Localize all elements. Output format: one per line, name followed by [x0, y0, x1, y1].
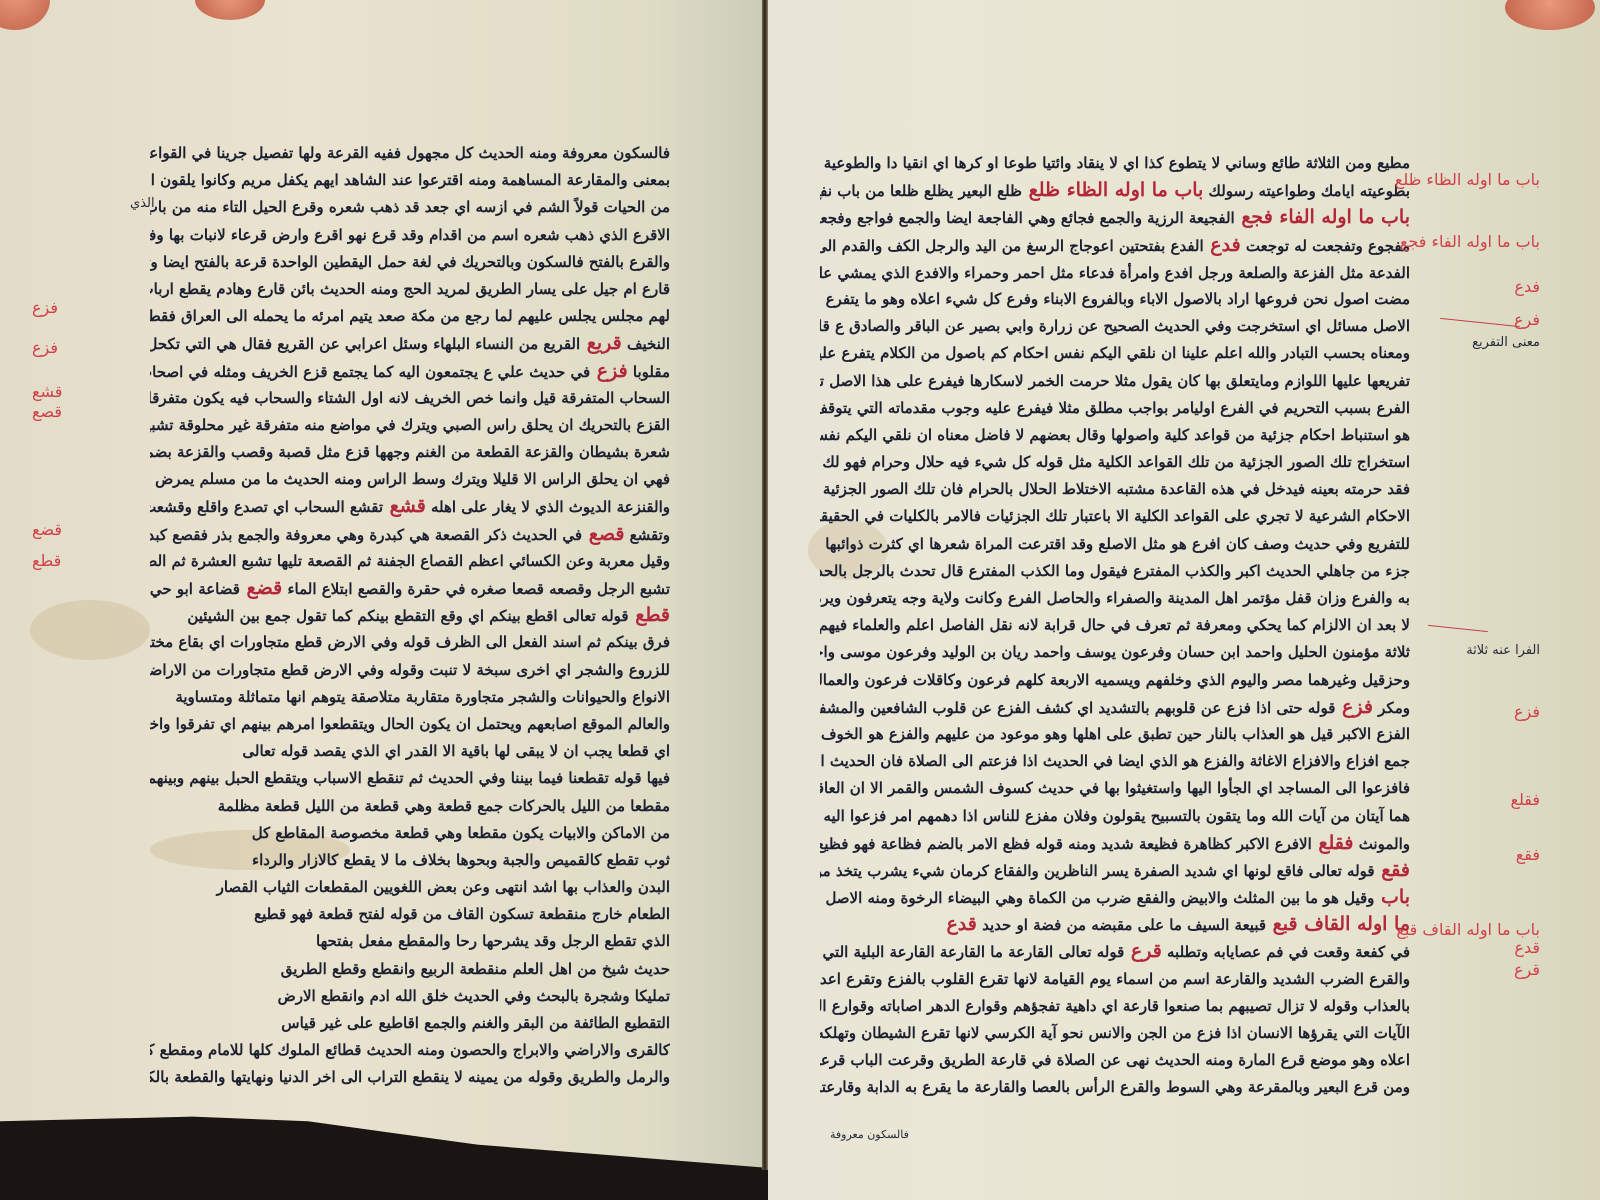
marginal-rubric: قرع	[1514, 960, 1540, 979]
line-text: للزروع والشجر اي اخرى سبخة لا تنبت وقوله…	[150, 661, 670, 679]
line-text: الفرع بسبب التحريم في الفرع اوليامر بواج…	[820, 399, 1410, 417]
manuscript-line: والقرع بالفتح فالسكون وبالتحريك في لغة ح…	[150, 249, 670, 276]
manuscript-line: مقطعا من الليل بالحركات جمع قطعة وهي قطع…	[150, 793, 670, 820]
manuscript-line: باب وقيل هو ما بين المثلث والابيض والفقع…	[820, 884, 1410, 911]
manuscript-line: وقيل معربة وعن الكسائي اعظم القصاع الجفن…	[150, 548, 670, 575]
line-text: ثلاثة مؤمنون الحليل واحمد ابن حسان وفرعو…	[820, 643, 1410, 661]
line-text: وقيل هو ما بين المثلث والابيض والفقع ضرب…	[820, 889, 1374, 907]
line-text: والقنزعة الديوث الذي لا يغار على اهله	[426, 498, 670, 516]
paper-stain	[30, 600, 150, 660]
line-text: في حديث علي ع يجتمعون اليه كما يجتمع قزع…	[150, 363, 590, 381]
manuscript-line: بمعنى والمقارعة المساهمة ومنه اقترعوا عن…	[150, 167, 670, 194]
line-text: حديث شيخ من اهل العلم منقطعة الربيع وانق…	[281, 960, 670, 978]
line-text: القزع بالتحريك ان يحلق راس الصبي ويترك ف…	[150, 416, 670, 434]
line-text: والقرع الضرب الشديد والقارعة اسم من اسما…	[820, 970, 1410, 988]
line-text: فافزعوا الى المساجد اي الجأوا اليها واست…	[820, 779, 1410, 797]
line-text: تمليكا وشجرة بالبحث وفي الحديث خلق الله …	[278, 987, 670, 1005]
manuscript-line: للتفريع وفي حديث وصف كان افرع هو مثل الا…	[820, 531, 1410, 558]
line-text: الفدع بفتحتين اعوجاج الرسغ من اليد والرج…	[820, 237, 1204, 255]
line-text: تقشع السحاب اي تصدع واقلع وقشعت الريح	[150, 498, 383, 516]
manuscript-line: ومعناه بحسب التبادر والله اعلم علينا ان …	[820, 340, 1410, 367]
manuscript-line: في كفعة وقعت في فم عصايابه وتطلبه قرع قو…	[820, 938, 1410, 965]
line-text: جمع افزاع والافزاع الاغاثة والفزع هو الذ…	[820, 752, 1410, 770]
line-text: مقطعا من الليل بالحركات جمع قطعة وهي قطع…	[218, 797, 670, 815]
manuscript-line: الفزع الاكبر قيل هو العذاب بالنار حين تط…	[820, 721, 1410, 748]
manuscript-line: وتقشع قصع في الحديث ذكر القصعة هي كبدرة …	[150, 521, 670, 548]
left-page-text-block: فالسكون معروفة ومنه الحديث كل مجهول ففيه…	[150, 140, 670, 1092]
line-text: الآيات التي يقرؤها الانسان اذا فزع من ال…	[820, 1024, 1410, 1042]
line-text: ومعناه بحسب التبادر والله اعلم علينا ان …	[820, 344, 1410, 362]
manuscript-line: والرمل والطريق وقوله من يمينه لا ينقطع ا…	[150, 1064, 670, 1091]
marginal-rubric: باب ما اوله القاف قبع	[1396, 920, 1540, 939]
line-text: قبيعة السيف ما على مقبضه من فضة او حديد	[977, 916, 1266, 934]
rubric-heading: قصع	[582, 523, 624, 545]
manuscript-line: جزء من جاهلي الحديث اكبر والكذب المفترع …	[820, 558, 1410, 585]
marginal-rubric: فقلع	[1510, 790, 1540, 809]
line-text: لهم مجلس يجلس عليهم لما رجع من مكة صعد ي…	[150, 307, 670, 325]
manuscript-line: مقلوبا فزع في حديث علي ع يجتمعون اليه كم…	[150, 358, 670, 385]
line-text: فرق بينكم ثم اسند الفعل الى الظرف قوله و…	[150, 633, 670, 651]
line-text: البدن والعذاب بها اشد انتهى وعن بعض اللغ…	[217, 878, 670, 896]
manuscript-line: فيها قوله تقطعنا فيما بيننا وفي الحديث ث…	[150, 765, 670, 792]
manuscript-line: لهم مجلس يجلس عليهم لما رجع من مكة صعد ي…	[150, 303, 670, 330]
manuscript-line: للزروع والشجر اي اخرى سبخة لا تنبت وقوله…	[150, 657, 670, 684]
line-text: النخيف	[622, 335, 670, 353]
manuscript-line: مطيع ومن الثلاثة طائع وساني لا يتطوع كذا…	[820, 150, 1410, 177]
manuscript-line: تمليكا وشجرة بالبحث وفي الحديث خلق الله …	[150, 983, 670, 1010]
line-text: وتقشع	[624, 526, 670, 544]
marginal-rubric: فقع	[1516, 845, 1540, 864]
line-text: في الحديث ذكر القصعة هي كبدرة وهي معروفة…	[150, 526, 582, 544]
right-page-text-block: مطيع ومن الثلاثة طائع وساني لا يتطوع كذا…	[820, 150, 1410, 1102]
rubric-heading: فقلع	[1312, 832, 1354, 854]
rubric-heading: قطع	[629, 604, 670, 626]
manuscript-line: الطعام خارج منقطعة تسكون القاف من قوله ل…	[150, 901, 670, 928]
rubric-heading: ما اوله القاف قبع	[1266, 913, 1410, 935]
manuscript-line: وحزقيل وغيرهما مصر واليوم الذي وخلفهم وي…	[820, 667, 1410, 694]
rubric-heading: قشع	[383, 495, 426, 517]
line-text: التقطيع الطائفة من البقر والغنم والجمع ا…	[281, 1014, 670, 1032]
manuscript-line: فرق بينكم ثم اسند الفعل الى الظرف قوله و…	[150, 629, 670, 656]
marginal-rubric: قدع	[1514, 938, 1540, 957]
manuscript-line: تشبع الرجل وقصعه قصعا صغره في حقرة والقص…	[150, 575, 670, 602]
manuscript-line: الاصل مسائل اي استخرجت وفي الحديث الصحيح…	[820, 313, 1410, 340]
line-text: من الحيات قولاً الشم في ازسه اي جعد قد ذ…	[150, 198, 670, 216]
line-text: فقد حرمته بعينه فيدخل في هذه القاعدة مشت…	[820, 480, 1410, 498]
manuscript-line: الفرع بسبب التحريم في الفرع اوليامر بواج…	[820, 395, 1410, 422]
rubric-heading: قرع	[1124, 940, 1162, 962]
manuscript-line: فهي ان يحلق الراس الا قليلا ويترك وسط ال…	[150, 466, 670, 493]
line-text: والقرع بالفتح فالسكون وبالتحريك في لغة ح…	[150, 253, 670, 271]
left-manuscript-page: فالسكون معروفة ومنه الحديث كل مجهول ففيه…	[0, 0, 770, 1168]
line-text: في كفعة وقعت في فم عصايابه وتطلبه	[1162, 943, 1410, 961]
line-text: الاقرع الذي ذهب شعره اسم من اقدام وقد قر…	[150, 226, 670, 244]
manuscript-line: قطع قوله تعالى اقطع بينكم اي وقع التقطع …	[150, 602, 670, 629]
line-text: الفدعة مثل الفزعة والصلعة ورجل افدع وامر…	[820, 264, 1410, 282]
line-text: اي قطعا يجب ان لا يبقى لها باقية الا الق…	[242, 742, 670, 760]
line-text: والعالم الموقع اصابعهم ويحتمل ان يكون ال…	[150, 715, 670, 733]
line-text: قارع ام جيل على يسار الطريق لمريد الحج و…	[150, 280, 670, 298]
manuscript-line: والقرع الضرب الشديد والقارعة اسم من اسما…	[820, 966, 1410, 993]
line-text: والمونث	[1353, 835, 1410, 853]
manuscript-line: والمونث فقلع الافرع الاكبر كظاهرة فظيعة …	[820, 830, 1410, 857]
manuscript-line: به والفرع وزان قفل مؤتمر اهل المدينة وال…	[820, 585, 1410, 612]
manuscript-line: هما آيتان من آيات الله وما يتقون بالتسبي…	[820, 803, 1410, 830]
manuscript-line: اعلاه وهو موضع قرع المارة ومنه الحديث نه…	[820, 1047, 1410, 1074]
line-text: قوله تعالى اقطع بينكم اي وقع التقطع بينك…	[187, 607, 628, 625]
manuscript-line: التقطيع الطائفة من البقر والغنم والجمع ا…	[150, 1010, 670, 1037]
line-text: قوله تعالى فاقع لونها اي شديد الصفرة يسر…	[820, 862, 1375, 880]
manuscript-line: ثوب تقطع كالقميص والجبة وبحوها بخلاف ما …	[150, 847, 670, 874]
manuscript-line: فقد حرمته بعينه فيدخل في هذه القاعدة مشت…	[820, 476, 1410, 503]
line-text: كالقرى والاراضي والابراج والحصون ومنه ال…	[150, 1041, 670, 1059]
marginal-rubric: باب ما اوله الفاء فجع	[1400, 232, 1540, 251]
line-text: من الاماكن والابيات يكون مقطعا وهي قطعة …	[252, 824, 670, 842]
rubric-heading: باب	[1374, 886, 1410, 908]
manuscript-line: قارع ام جيل على يسار الطريق لمريد الحج و…	[150, 276, 670, 303]
left-side-gloss: الذي	[130, 196, 155, 211]
line-text: لا بعد ان الالزام كما يحكي ومعرفة ثم تعر…	[820, 616, 1410, 634]
marginal-rubric: باب ما اوله الظاء ظلع	[1395, 170, 1540, 189]
manuscript-line: فالسكون معروفة ومنه الحديث كل مجهول ففيه…	[150, 140, 670, 167]
line-text: بالعذاب وقوله لا تزال تصيبهم بما صنعوا ق…	[820, 997, 1410, 1015]
line-text: الذي تقطع الرجل وقد يشرحها رحا والمقطع م…	[316, 932, 670, 950]
line-text: جزء من جاهلي الحديث اكبر والكذب المفترع …	[820, 562, 1410, 580]
line-text: القريع من النساء البلهاء وسئل اعرابي عن …	[150, 335, 580, 353]
manuscript-line: فقع قوله تعالى فاقع لونها اي شديد الصفرة…	[820, 857, 1410, 884]
line-text: بطوعيته ايامك وطواعيته رسولك	[1203, 182, 1410, 200]
margin-rule	[1428, 625, 1488, 632]
manuscript-line: بطوعيته ايامك وطواعيته رسولك باب ما اوله…	[820, 177, 1410, 204]
marginal-rubric: فدع	[1514, 277, 1540, 296]
line-text: تفريعها عليها اللوازم ومايتعلق بها كان ي…	[820, 372, 1410, 390]
line-text: مطيع ومن الثلاثة طائع وساني لا يتطوع كذا…	[820, 154, 1410, 172]
line-text: ومن قرع البعير وبالمقرعة وهي السوط والقر…	[820, 1078, 1410, 1096]
marginal-rubric: قشع	[32, 382, 62, 401]
line-text: وحزقيل وغيرهما مصر واليوم الذي وخلفهم وي…	[820, 671, 1410, 689]
manuscript-line: هو استنباط احكام جزئية من قواعد كلية واص…	[820, 422, 1410, 449]
manuscript-line: باب ما اوله الفاء فجع الفجيعة الرزية وال…	[820, 204, 1410, 231]
marginal-rubric: قضع	[32, 520, 62, 539]
line-text: الاحكام الشرعية لا تجري على القواعد الكل…	[820, 507, 1410, 525]
line-text: ومكر	[1373, 699, 1410, 717]
line-text: الفزع الاكبر قيل هو العذاب بالنار حين تط…	[820, 725, 1410, 743]
right-manuscript-page: مطيع ومن الثلاثة طائع وساني لا يتطوع كذا…	[768, 0, 1600, 1200]
rubric-heading: فدع	[1204, 234, 1241, 256]
line-text: تشبع الرجل وقصعه قصعا صغره في حقرة والقص…	[282, 580, 670, 598]
manuscript-line: ما اوله القاف قبع قبيعة السيف ما على مقب…	[820, 911, 1410, 938]
line-text: مقلوبا	[628, 363, 670, 381]
line-text: الاصل مسائل اي استخرجت وفي الحديث الصحيح…	[820, 317, 1410, 335]
marginal-rubric: قصع	[32, 402, 62, 421]
line-text: الافرع الاكبر كظاهرة فظيعة شديد ومنه قول…	[820, 835, 1312, 853]
catchword: فالسكون معروفة	[830, 1128, 909, 1141]
rubric-heading: قدع	[946, 913, 976, 935]
marginal-rubric: فزع	[32, 338, 58, 357]
marginal-rubric: معنى التفريع	[1472, 335, 1540, 350]
line-text: بمعنى والمقارعة المساهمة ومنه اقترعوا عن…	[150, 171, 670, 189]
manuscript-line: تفريعها عليها اللوازم ومايتعلق بها كان ي…	[820, 368, 1410, 395]
manuscript-line: الفدعة مثل الفزعة والصلعة ورجل افدع وامر…	[820, 259, 1410, 286]
manuscript-line: النخيف قريع القريع من النساء البلهاء وسئ…	[150, 330, 670, 357]
manuscript-line: ومكر فزع قوله حتى اذا فزع عن قلوبهم بالت…	[820, 694, 1410, 721]
line-text: الطعام خارج منقطعة تسكون القاف من قوله ل…	[254, 905, 670, 923]
line-text: اعلاه وهو موضع قرع المارة ومنه الحديث نه…	[820, 1051, 1410, 1069]
manuscript-line: والعالم الموقع اصابعهم ويحتمل ان يكون ال…	[150, 711, 670, 738]
line-text: السحاب المتفرقة قيل وانما خص الخريف لانه…	[150, 389, 670, 407]
manuscript-line: كالقرى والاراضي والابراج والحصون ومنه ال…	[150, 1037, 670, 1064]
manuscript-line: السحاب المتفرقة قيل وانما خص الخريف لانه…	[150, 385, 670, 412]
line-text: به والفرع وزان قفل مؤتمر اهل المدينة وال…	[820, 589, 1410, 607]
line-text: للتفريع وفي حديث وصف كان افرع هو مثل الا…	[825, 535, 1410, 553]
line-text: قضاعة ابو حي من اليمن	[150, 580, 240, 598]
line-text: فهي ان يحلق الراس الا قليلا ويترك وسط ال…	[150, 470, 670, 488]
manuscript-line: الاحكام الشرعية لا تجري على القواعد الكل…	[820, 503, 1410, 530]
manuscript-line: الانواع والحيوانات والشجر متجاورة متقارب…	[150, 684, 670, 711]
manuscript-line: الاقرع الذي ذهب شعره اسم من اقدام وقد قر…	[150, 222, 670, 249]
manuscript-line: مضت اصول نحن فروعها اراد بالاصول الاباء …	[820, 286, 1410, 313]
rubric-heading: فقع	[1375, 859, 1410, 881]
line-text: هما آيتان من آيات الله وما يتقون بالتسبي…	[820, 807, 1410, 825]
rubric-heading: باب ما اوله الظاء ظلع	[1022, 179, 1203, 201]
marginal-rubric: فزع	[32, 298, 58, 317]
manuscript-line: اي قطعا يجب ان لا يبقى لها باقية الا الق…	[150, 738, 670, 765]
line-text: ثوب تقطع كالقميص والجبة وبحوها بخلاف ما …	[252, 851, 670, 869]
marginal-rubric: قطع	[32, 551, 61, 570]
manuscript-line: من الاماكن والابيات يكون مقطعا وهي قطعة …	[150, 820, 670, 847]
line-text: مفجوع وتفجعت له توجعت	[1241, 237, 1410, 255]
line-text: فالسكون معروفة ومنه الحديث كل مجهول ففيه…	[150, 144, 670, 162]
manuscript-line: البدن والعذاب بها اشد انتهى وعن بعض اللغ…	[150, 874, 670, 901]
marginal-rubric: الفرا عنه ثلاثة	[1466, 643, 1540, 658]
manuscript-line: شعرة بشيطان والقزعة القطعة من الغنم وجهه…	[150, 439, 670, 466]
line-text: الفجيعة الرزية والجمع فجائع وهي الفاجعة …	[820, 209, 1235, 227]
line-text: فيها قوله تقطعنا فيما بيننا وفي الحديث ث…	[150, 769, 670, 787]
margin-rule	[1440, 318, 1520, 327]
manuscript-line: جمع افزاع والافزاع الاغاثة والفزع هو الذ…	[820, 748, 1410, 775]
manuscript-line: الآيات التي يقرؤها الانسان اذا فزع من ال…	[820, 1020, 1410, 1047]
line-text: شعرة بشيطان والقزعة القطعة من الغنم وجهه…	[150, 443, 670, 461]
manuscript-line: ومن قرع البعير وبالمقرعة وهي السوط والقر…	[820, 1074, 1410, 1101]
manuscript-line: من الحيات قولاً الشم في ازسه اي جعد قد ذ…	[150, 194, 670, 221]
manuscript-line: استخراج تلك الصور الجزئية من تلك القواعد…	[820, 449, 1410, 476]
manuscript-line: حديث شيخ من اهل العلم منقطعة الربيع وانق…	[150, 956, 670, 983]
line-text: قوله حتى اذا فزع عن قلوبهم بالتشديد اي ك…	[820, 699, 1335, 717]
line-text: هو استنباط احكام جزئية من قواعد كلية واص…	[820, 426, 1410, 444]
line-text: وقيل معربة وعن الكسائي اعظم القصاع الجفن…	[150, 552, 670, 570]
manuscript-line: القزع بالتحريك ان يحلق راس الصبي ويترك ف…	[150, 412, 670, 439]
rubric-heading: فزع	[590, 360, 628, 382]
line-text: مضت اصول نحن فروعها اراد بالاصول الاباء …	[820, 290, 1410, 308]
manuscript-line: والقنزعة الديوث الذي لا يغار على اهله قش…	[150, 493, 670, 520]
line-text: ظلع البعير يظلع ظلعا من باب نفع غمز في م…	[820, 182, 1022, 200]
manuscript-line: بالعذاب وقوله لا تزال تصيبهم بما صنعوا ق…	[820, 993, 1410, 1020]
manuscript-line: مفجوع وتفجعت له توجعت فدع الفدع بفتحتين …	[820, 232, 1410, 259]
rubric-heading: قضع	[240, 577, 282, 599]
line-text: استخراج تلك الصور الجزئية من تلك القواعد…	[820, 453, 1410, 471]
rubric-heading: قريع	[580, 332, 622, 354]
line-text: والرمل والطريق وقوله من يمينه لا ينقطع ا…	[150, 1068, 670, 1086]
rubric-heading: فزع	[1335, 696, 1373, 718]
manuscript-line: لا بعد ان الالزام كما يحكي ومعرفة ثم تعر…	[820, 612, 1410, 639]
manuscript-line: فافزعوا الى المساجد اي الجأوا اليها واست…	[820, 775, 1410, 802]
marginal-rubric: فزع	[1514, 702, 1540, 721]
manuscript-line: الذي تقطع الرجل وقد يشرحها رحا والمقطع م…	[150, 928, 670, 955]
line-text: قوله تعالى القارعة ما القارعة القارعة ال…	[820, 943, 1124, 961]
rubric-heading: باب ما اوله الفاء فجع	[1235, 206, 1410, 228]
line-text: الانواع والحيوانات والشجر متجاورة متقارب…	[175, 688, 670, 706]
manuscript-line: ثلاثة مؤمنون الحليل واحمد ابن حسان وفرعو…	[820, 639, 1410, 666]
